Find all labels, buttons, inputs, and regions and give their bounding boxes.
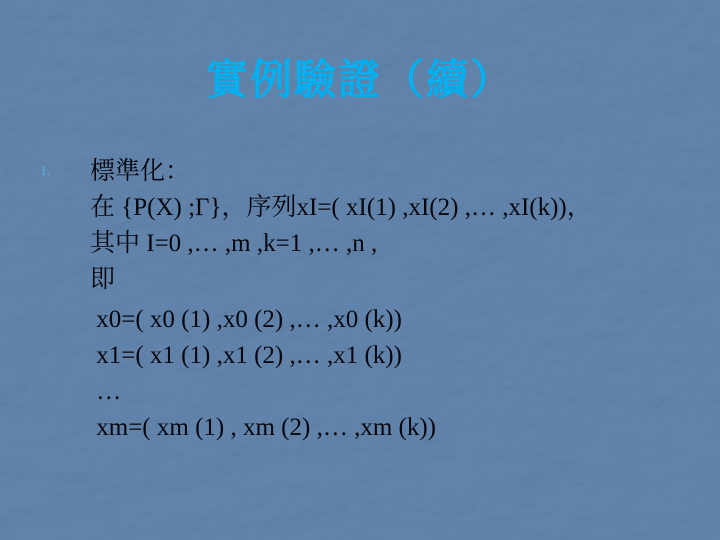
body-line-index-range: 其中 I=0 ,… ,m ,k=1 ,… ,n , <box>90 226 710 262</box>
body-line-x1: x1=( x1 (1) ,x1 (2) ,… ,x1 (k)) <box>90 338 710 374</box>
presentation-slide: 實例驗證（續） 1. 標準化： 在 {P(X) ;Γ}，序列xI=( xI(1)… <box>0 0 720 540</box>
body-line-xm: xm=( xm (1) , xm (2) ,… ,xm (k)) <box>90 410 710 446</box>
slide-body: 1. 標準化： 在 {P(X) ;Γ}，序列xI=( xI(1) ,xI(2) … <box>40 154 710 446</box>
body-line-standardization: 標準化： <box>90 154 710 190</box>
body-text-block: 標準化： 在 {P(X) ;Γ}，序列xI=( xI(1) ,xI(2) ,… … <box>90 154 710 446</box>
body-line-namely: 即 <box>90 262 710 298</box>
body-line-x0: x0=( x0 (1) ,x0 (2) ,… ,x0 (k)) <box>90 302 710 338</box>
list-number: 1. <box>40 164 51 180</box>
body-line-ellipsis: … <box>90 374 710 410</box>
body-line-sequence-def: 在 {P(X) ;Γ}，序列xI=( xI(1) ,xI(2) ,… ,xI(k… <box>90 190 710 226</box>
slide-title: 實例驗證（續） <box>0 55 720 107</box>
